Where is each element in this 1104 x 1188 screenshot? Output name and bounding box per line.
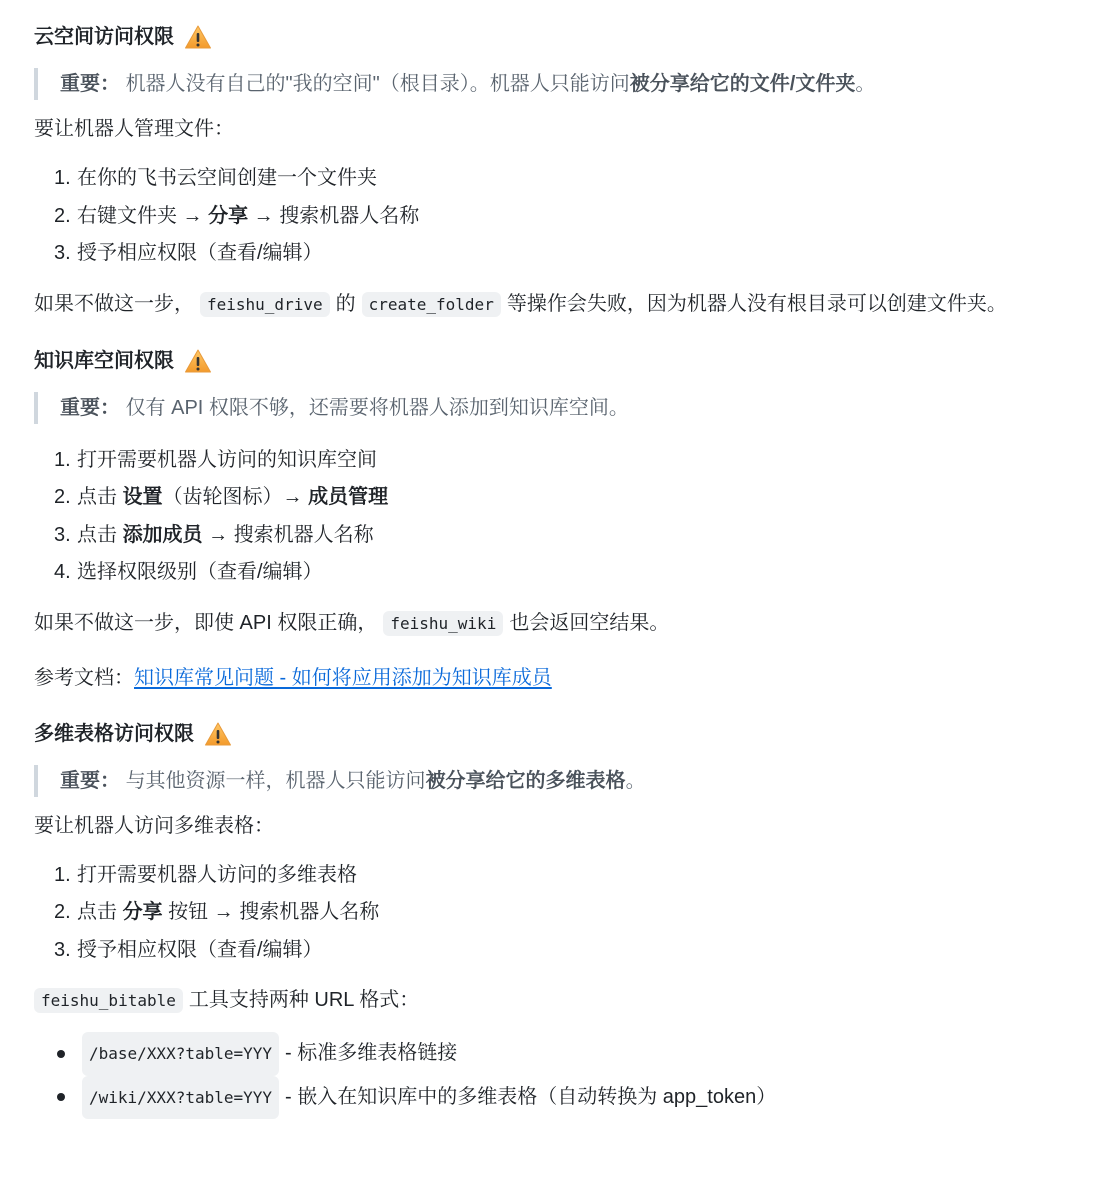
inline-code: feishu_drive	[200, 292, 330, 317]
list-item: 4.选择权限级别（查看/编辑）	[34, 554, 1070, 592]
list-item: 3.授予相应权限（查看/编辑）	[34, 932, 1070, 970]
bitable-url-formats-list: /base/XXX?table=YYY- 标准多维表格链接 /wiki/XXX?…	[34, 1032, 1070, 1119]
bitable-steps-list: 1.打开需要机器人访问的多维表格 2.点击 分享 按钮 → 搜索机器人名称 3.…	[34, 857, 1070, 970]
drive-intro: 要让机器人管理文件：	[34, 112, 1070, 146]
wiki-reference: 参考文档：知识库常见问题 - 如何将应用添加为知识库成员	[34, 661, 1070, 695]
list-item: 3.点击 添加成员 → 搜索机器人名称	[34, 517, 1070, 555]
warning-icon	[204, 721, 232, 747]
bitable-tool-support: feishu_bitable工具支持两种 URL 格式：	[34, 983, 1070, 1018]
warning-icon	[184, 348, 212, 374]
heading-drive-permissions: 云空间访问权限	[34, 18, 1070, 56]
list-item: 2.点击 设置（齿轮图标）→ 成员管理	[34, 479, 1070, 517]
document: 云空间访问权限 重要： 机器人没有自己的"我的空间"（根目录）。机器人只能访问被…	[0, 0, 1104, 1119]
bitable-intro: 要让机器人访问多维表格：	[34, 809, 1070, 843]
inline-code: /base/XXX?table=YYY	[82, 1032, 279, 1076]
list-item: 1.在你的飞书云空间创建一个文件夹	[34, 160, 1070, 198]
list-item: 1.打开需要机器人访问的多维表格	[34, 857, 1070, 895]
drive-warning: 如果不做这一步，feishu_drive的create_folder等操作会失败…	[34, 287, 1070, 322]
drive-steps-list: 1.在你的飞书云空间创建一个文件夹 2.右键文件夹 → 分享 → 搜索机器人名称…	[34, 160, 1070, 273]
blockquote-bitable-note: 重要： 与其他资源一样，机器人只能访问被分享给它的多维表格。	[34, 765, 1070, 797]
inline-code: create_folder	[362, 292, 501, 317]
list-item: 3.授予相应权限（查看/编辑）	[34, 235, 1070, 273]
heading-wiki-permissions: 知识库空间权限	[34, 342, 1070, 380]
warning-icon	[184, 24, 212, 50]
list-item: 2.点击 分享 按钮 → 搜索机器人名称	[34, 894, 1070, 932]
list-item: /base/XXX?table=YYY- 标准多维表格链接	[34, 1032, 1070, 1076]
inline-code: /wiki/XXX?table=YYY	[82, 1076, 279, 1120]
list-item: /wiki/XXX?table=YYY- 嵌入在知识库中的多维表格（自动转换为 …	[34, 1076, 1070, 1120]
inline-code: feishu_wiki	[383, 611, 503, 636]
wiki-steps-list: 1.打开需要机器人访问的知识库空间 2.点击 设置（齿轮图标）→ 成员管理 3.…	[34, 442, 1070, 592]
heading-bitable-permissions: 多维表格访问权限	[34, 715, 1070, 753]
list-item: 1.打开需要机器人访问的知识库空间	[34, 442, 1070, 480]
blockquote-wiki-note: 重要： 仅有 API 权限不够，还需要将机器人添加到知识库空间。	[34, 392, 1070, 424]
bullet-icon	[57, 1093, 65, 1101]
blockquote-drive-note: 重要： 机器人没有自己的"我的空间"（根目录）。机器人只能访问被分享给它的文件/…	[34, 68, 1070, 100]
list-item: 2.右键文件夹 → 分享 → 搜索机器人名称	[34, 198, 1070, 236]
bullet-icon	[57, 1050, 65, 1058]
wiki-warning: 如果不做这一步，即使 API 权限正确，feishu_wiki也会返回空结果。	[34, 606, 1070, 641]
wiki-faq-link[interactable]: 知识库常见问题 - 如何将应用添加为知识库成员	[134, 667, 552, 689]
inline-code: feishu_bitable	[34, 988, 183, 1013]
